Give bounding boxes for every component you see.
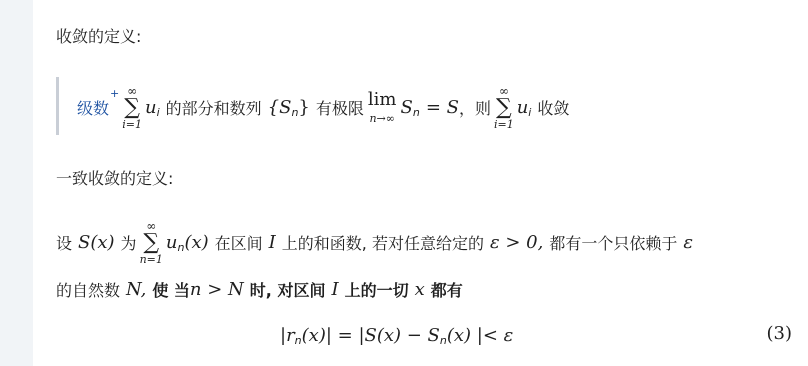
- text-has-limit: 有极限: [316, 96, 364, 119]
- sum-operator-3: ∞ ∑ n=1: [140, 220, 163, 265]
- sequence-open: {S: [268, 97, 292, 118]
- uniform-definition-line-1: 设 S(x) 为 ∞ ∑ n=1 un(x) 在区间 I 上的和函数, 若对任意…: [56, 214, 693, 270]
- uniform-convergence-heading: 一致收敛的定义:: [56, 166, 173, 189]
- term-u: u: [145, 97, 157, 118]
- text-then: ，则: [459, 96, 491, 119]
- left-margin-strip: [0, 0, 33, 366]
- convergence-definition-blockquote: 级数 + ∞ ∑ i=1 ui 的部分和数列 {Sn} 有极限 lim n→∞ …: [56, 77, 779, 135]
- limit-equals: = S: [426, 97, 459, 118]
- series-link[interactable]: 级数: [77, 96, 109, 119]
- uniform-definition-line-2: 的自然数 N, 使 当 n > N 时, 对区间 I 上的一切 x 都有: [56, 276, 463, 302]
- sum-operator-2: ∞ ∑ i=1: [494, 85, 514, 130]
- convergence-definition-line: 级数 + ∞ ∑ i=1 ui 的部分和数列 {Sn} 有极限 lim n→∞ …: [77, 79, 569, 135]
- equation-number: (3): [767, 323, 793, 344]
- convergence-definition-heading: 收敛的定义:: [56, 24, 141, 47]
- limit-operator: lim n→∞: [368, 91, 397, 124]
- sum-operator: ∞ ∑ i=1: [122, 85, 142, 130]
- text-converges: 收敛: [537, 96, 569, 119]
- document-content: 收敛的定义: 级数 + ∞ ∑ i=1 ui 的部分和数列 {Sn} 有极限 l…: [56, 0, 796, 366]
- remainder-equation: |rn(x)| = |S(x) − Sn(x) |< ε: [280, 320, 513, 350]
- text-partial-sums: 的部分和数列: [166, 96, 262, 119]
- link-plus-icon: +: [110, 87, 119, 100]
